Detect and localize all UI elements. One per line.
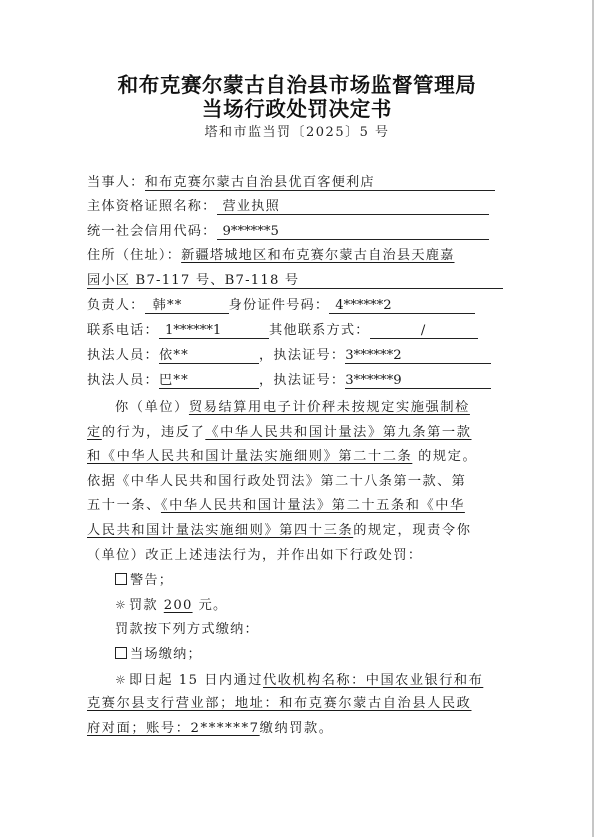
other-contact-label: 其他联系方式：	[269, 323, 370, 338]
officer1-label: 执法人员：	[87, 348, 159, 363]
document-page: 和布克赛尔蒙古自治县市场监督管理局 当场行政处罚决定书 塔和市监当罚〔2025〕…	[0, 0, 594, 837]
basis-regulation: 人民共和国计量法实施细则》第四十三条	[87, 523, 353, 538]
bank-checked-mark-icon[interactable]: ☼	[115, 670, 129, 690]
violation-paragraph-line2: 定的行为，违反了《中华人民共和国计量法》第九条第一款	[87, 423, 503, 443]
address-row: 住所（住址）：新疆塔城地区和布克赛尔蒙古自治县天鹿嘉	[87, 246, 503, 266]
responsible-label: 负责人：	[87, 298, 145, 313]
license-label: 主体资格证照名称：	[87, 199, 217, 214]
officer2-value: 巴**	[159, 371, 259, 389]
violation-description-end: 定	[87, 425, 102, 440]
violation-paragraph-line3: 和《中华人民共和国计量法实施细则》第二十二条 的规定。	[87, 447, 503, 467]
violation-paragraph-line1: 你（单位）贸易结算用电子计价秤未按规定实施强制检	[87, 398, 531, 418]
bank-name: 代收机构名称：中国农业银行和布	[263, 673, 483, 688]
officer1-row: 执法人员：依**，执法证号：3******2	[87, 346, 503, 366]
order-text: 的规定，现责令你	[353, 523, 471, 538]
payment-bank-row-line3: 府对面；账号：2******7缴纳罚款。	[87, 719, 503, 739]
credit-code-value: 9******5	[217, 222, 489, 240]
payment-onsite-row: 当场缴纳；	[87, 645, 531, 665]
payment-intro: 罚款按下列方式缴纳：	[87, 620, 531, 640]
violated-regulation: 和《中华人民共和国计量法实施细则》第二十二条	[87, 449, 412, 464]
violation-text: 的行为，违反了	[102, 425, 206, 440]
fine-label: 罚款	[129, 598, 158, 613]
payment-bank-row-line2: 克赛尔县支行营业部；地址：和布克赛尔蒙古自治县人民政	[87, 694, 503, 714]
officer1-value: 依**	[159, 346, 259, 364]
fine-checked-mark-icon[interactable]: ☼	[115, 595, 129, 615]
license-value: 营业执照	[217, 197, 489, 215]
violated-law: 《中华人民共和国计量法》第九条第一款	[205, 425, 471, 440]
phone-value: 1******1	[159, 321, 269, 339]
phone-label: 联系电话：	[87, 323, 159, 338]
warning-label: 警告；	[130, 573, 173, 588]
penalty-fine-row: ☼罚款200元。	[87, 595, 531, 615]
party-reference: 你（单位）	[115, 400, 189, 415]
cert1-label: ，执法证号：	[259, 348, 345, 363]
violation-text-end: 的规定。	[418, 449, 477, 464]
onsite-label: 当场缴纳；	[130, 647, 202, 662]
id-value: 4******2	[329, 296, 475, 314]
basis-paragraph-line1: 依据《中华人民共和国行政处罚法》第二十八条第一款、第	[87, 472, 503, 492]
license-row: 主体资格证照名称：营业执照	[87, 197, 503, 217]
phone-row: 联系电话：1******1其他联系方式：/	[87, 321, 503, 341]
officer2-row: 执法人员：巴**，执法证号：3******9	[87, 371, 503, 391]
responsible-value: 韩**	[145, 296, 229, 314]
credit-code-label: 统一社会信用代码：	[87, 224, 217, 239]
address-value-line1: 新疆塔城地区和布克赛尔蒙古自治县天鹿嘉	[181, 248, 454, 263]
warning-checkbox[interactable]	[115, 573, 127, 585]
address-value-line2: 园小区 B7-117 号、B7-118 号	[87, 271, 503, 289]
bank-account: 府对面；账号：2******7	[87, 721, 260, 736]
cert2-label: ，执法证号：	[259, 373, 345, 388]
officer2-label: 执法人员：	[87, 373, 159, 388]
credit-code-row: 统一社会信用代码：9******5	[87, 222, 503, 242]
party-value: 和布克赛尔蒙古自治县优百客便利店	[145, 173, 495, 191]
payment-instruction-end: 缴纳罚款。	[260, 721, 334, 736]
address-label: 住所（住址）：	[87, 248, 181, 263]
cert1-value: 3******2	[345, 346, 491, 364]
basis-paragraph-line4: （单位）改正上述违法行为，并作出如下行政处罚：	[87, 546, 503, 566]
other-contact-value: /	[370, 321, 478, 339]
basis-text: 五十一条、	[87, 498, 161, 513]
penalty-warning-row: 警告；	[87, 571, 531, 591]
responsible-row: 负责人：韩**身份证件号码：4******2	[87, 296, 503, 316]
document-number: 塔和市监当罚〔2025〕5 号	[0, 121, 594, 140]
payment-bank-row-line1: ☼即日起 15 日内通过代收机构名称：中国农业银行和布	[87, 670, 531, 690]
cert2-value: 3******9	[345, 371, 491, 389]
party-row: 当事人：和布克赛尔蒙古自治县优百客便利店	[87, 173, 503, 193]
document-title: 当场行政处罚决定书	[0, 92, 594, 122]
bank-deadline-text: 即日起 15 日内通过	[129, 673, 263, 688]
fine-unit: 元。	[199, 598, 228, 613]
basis-paragraph-line3: 人民共和国计量法实施细则》第四十三条的规定，现责令你	[87, 521, 503, 541]
id-label: 身份证件号码：	[229, 298, 330, 313]
violation-description: 贸易结算用电子计价秤未按规定实施强制检	[189, 400, 470, 415]
basis-law: 《中华人民共和国计量法》第二十五条和《中华	[161, 498, 465, 513]
onsite-checkbox[interactable]	[115, 647, 127, 659]
bank-address: 克赛尔县支行营业部；地址：和布克赛尔蒙古自治县人民政	[87, 696, 471, 711]
fine-amount: 200	[158, 598, 199, 613]
address-row-2: 园小区 B7-117 号、B7-118 号	[87, 271, 503, 291]
basis-paragraph-line2: 五十一条、《中华人民共和国计量法》第二十五条和《中华	[87, 496, 503, 516]
party-label: 当事人：	[87, 175, 145, 190]
